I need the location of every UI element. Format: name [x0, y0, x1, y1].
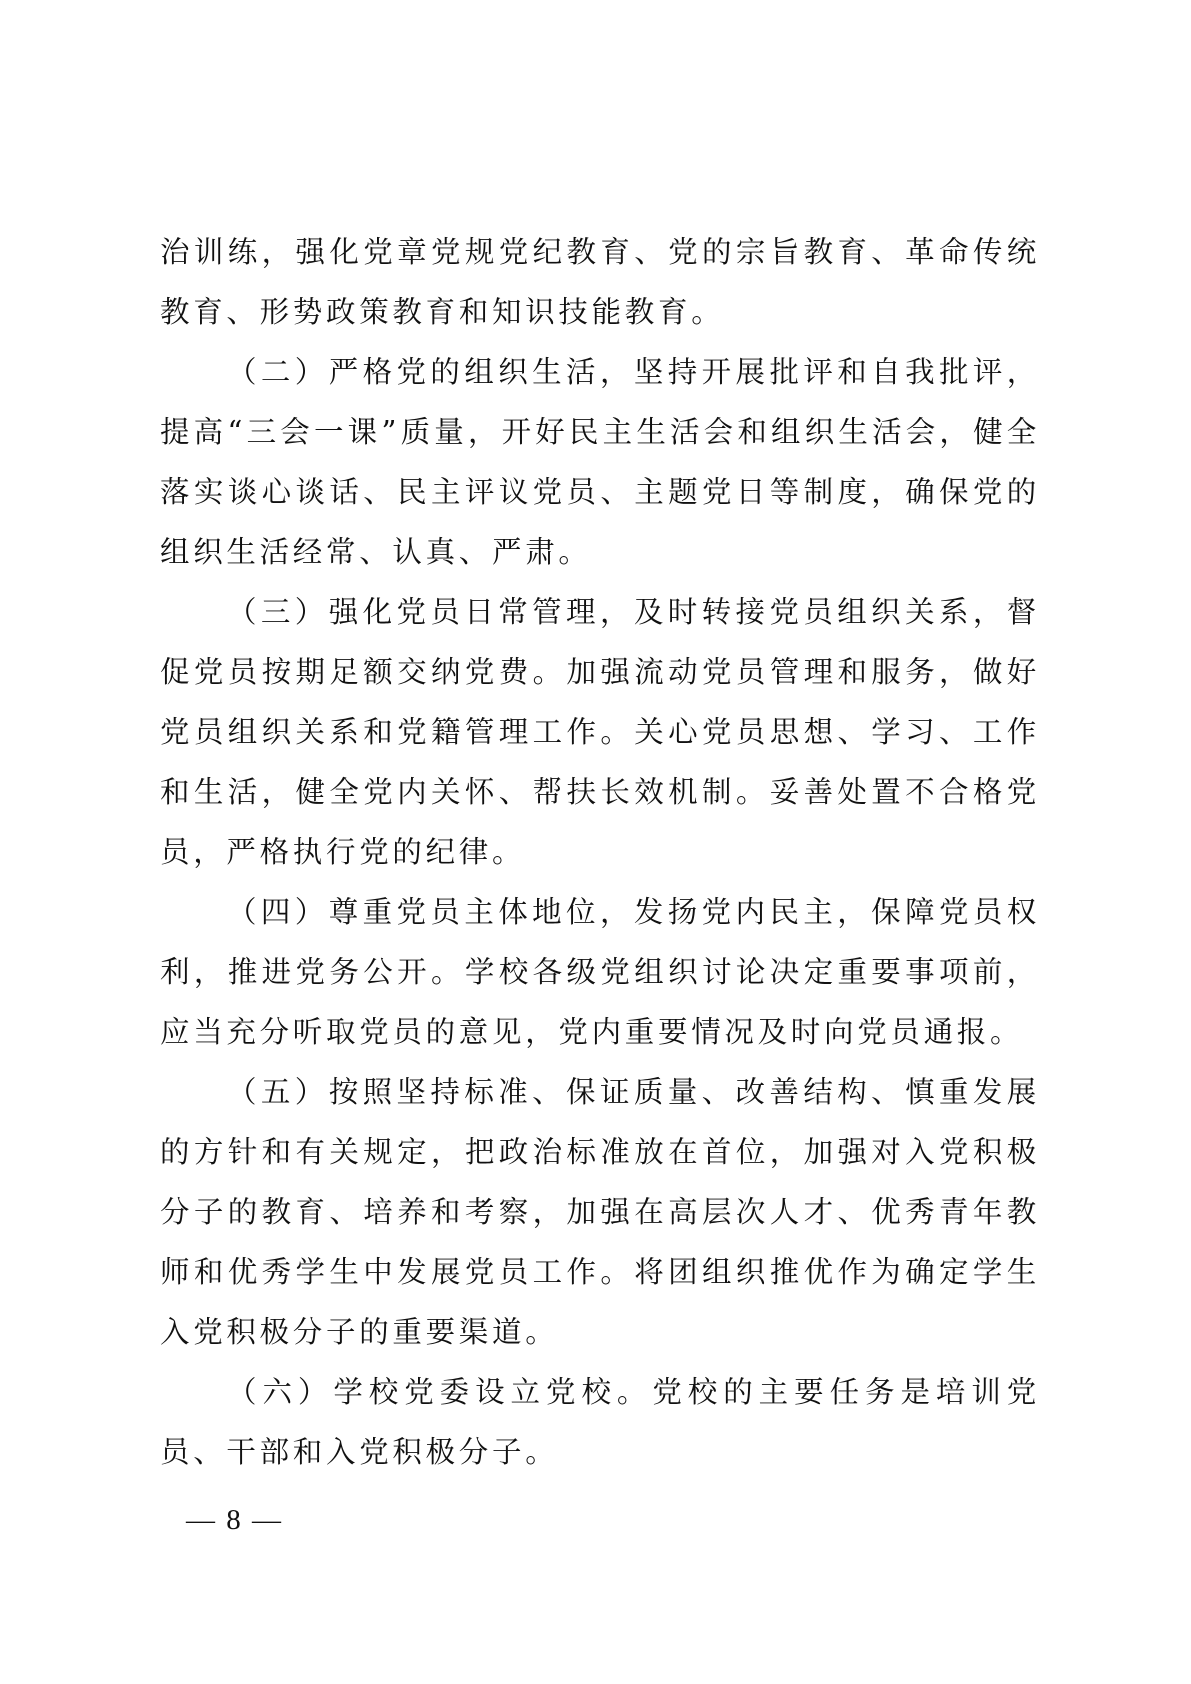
- paragraph-item-5: （五）按照坚持标准、保证质量、改善结构、慎重发展的方针和有关规定，把政治标准放在…: [160, 1062, 1040, 1362]
- paragraph-item-4: （四）尊重党员主体地位，发扬党内民主，保障党员权利，推进党务公开。学校各级党组织…: [160, 882, 1040, 1062]
- paragraph-item-3: （三）强化党员日常管理，及时转接党员组织关系，督促党员按期足额交纳党费。加强流动…: [160, 582, 1040, 882]
- page-number: — 8 —: [186, 1500, 283, 1540]
- paragraph-item-6: （六）学校党委设立党校。党校的主要任务是培训党员、干部和入党积极分子。: [160, 1362, 1040, 1482]
- document-body: 治训练，强化党章党规党纪教育、党的宗旨教育、革命传统教育、形势政策教育和知识技能…: [160, 222, 1040, 1482]
- paragraph-item-2: （二）严格党的组织生活，坚持开展批评和自我批评，提高“三会一课”质量，开好民主生…: [160, 342, 1040, 582]
- paragraph-continuation: 治训练，强化党章党规党纪教育、党的宗旨教育、革命传统教育、形势政策教育和知识技能…: [160, 222, 1040, 342]
